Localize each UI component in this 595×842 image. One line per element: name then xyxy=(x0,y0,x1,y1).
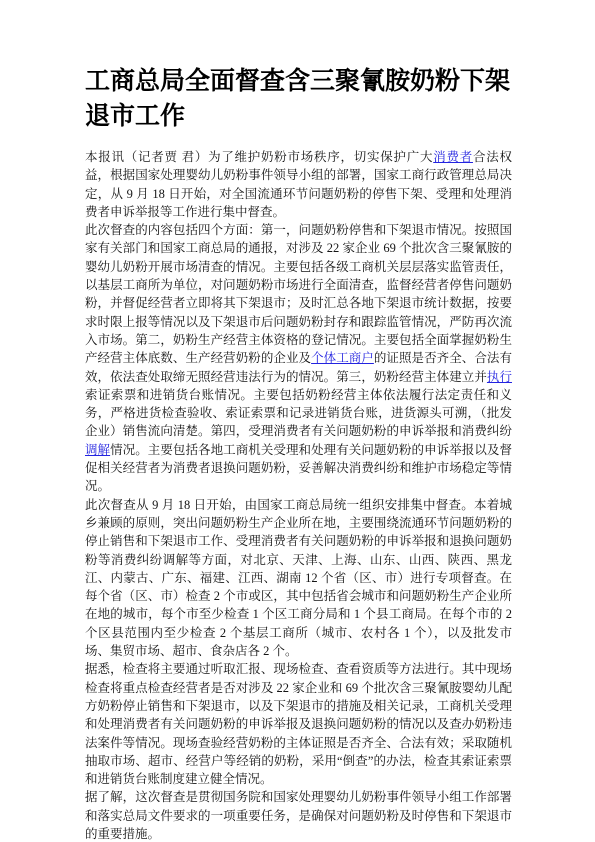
inline-link[interactable]: 调解 xyxy=(85,443,110,457)
inline-link[interactable]: 个体工商户 xyxy=(311,351,374,365)
paragraph: 此次督查的内容包括四个方面：第一，问题奶粉停售和下架退市情况。按照国家有关部门和… xyxy=(85,221,512,495)
inline-link[interactable]: 执行 xyxy=(487,370,512,384)
text-run: 据了解，这次督查是贯彻国务院和国家处理婴幼儿奶粉事件领导小组工作部署和落实总局文… xyxy=(85,790,512,841)
text-run: 据悉，检查将主要通过听取汇报、现场检查、查看资质等方法进行。其中现场检查将重点检… xyxy=(85,662,512,786)
paragraph: 此次督查从 9 月 18 日开始，由国家工商总局统一组织安排集中督查。本着城乡兼… xyxy=(85,496,512,661)
document-page: 工商总局全面督查含三聚氰胺奶粉下架退市工作 本报讯（记者贾 君）为了维护奶粉市场… xyxy=(0,0,595,842)
text-run: 此次督查从 9 月 18 日开始，由国家工商总局统一组织安排集中督查。本着城乡兼… xyxy=(85,498,512,658)
text-run: 此次督查的内容包括四个方面：第一，问题奶粉停售和下架退市情况。按照国家有关部门和… xyxy=(85,223,512,365)
text-run: 本报讯（记者贾 君）为了维护奶粉市场秩序，切实保护广大 xyxy=(85,150,433,164)
article-body: 本报讯（记者贾 君）为了维护奶粉市场秩序，切实保护广大消费者合法权益，根据国家处… xyxy=(85,148,512,842)
text-run: 索证索票和进销货台账情况。主要包括奶粉经营主体依法履行法定责任和义务，严格进货检… xyxy=(85,388,512,439)
paragraph: 据悉，检查将主要通过听取汇报、现场检查、查看资质等方法进行。其中现场检查将重点检… xyxy=(85,660,512,788)
article-title: 工商总局全面督查含三聚氰胺奶粉下架退市工作 xyxy=(85,64,512,134)
paragraph: 据了解，这次督查是贯彻国务院和国家处理婴幼儿奶粉事件领导小组工作部署和落实总局文… xyxy=(85,788,512,842)
text-run: 情况。主要包括各地工商机关受理和处理有关问题奶粉的申诉举报以及督促相关经营者为消… xyxy=(85,443,512,494)
paragraph: 本报讯（记者贾 君）为了维护奶粉市场秩序，切实保护广大消费者合法权益，根据国家处… xyxy=(85,148,512,221)
inline-link[interactable]: 消费者 xyxy=(433,150,473,164)
